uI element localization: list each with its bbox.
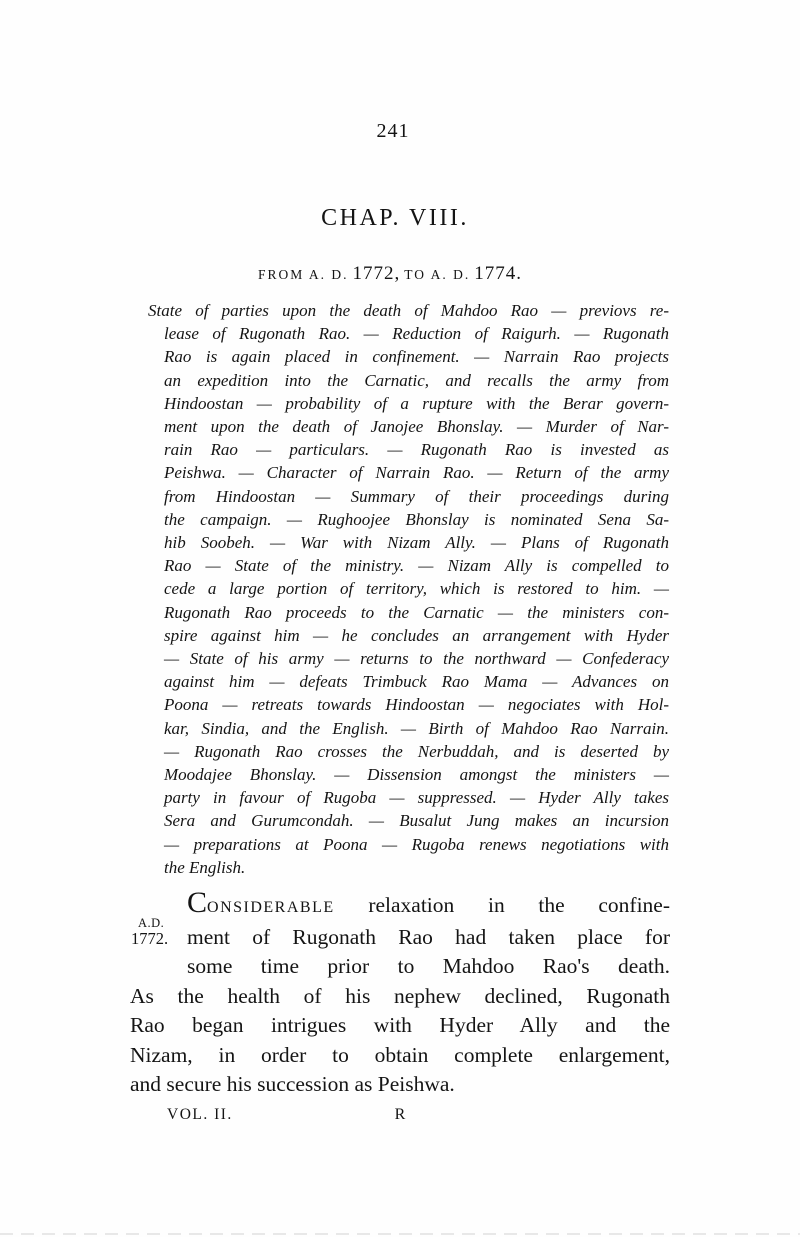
dateline-from-label: FROM A. D. xyxy=(258,267,349,282)
body-paragraph: CONSIDERABLE relaxation in the confine-m… xyxy=(130,888,670,1100)
volume-label: VOL. II. xyxy=(167,1106,233,1123)
dateline-to-label: TO A. D. xyxy=(404,267,470,282)
summary-line: the campaign. — Rughoojee Bhonslay is no… xyxy=(164,508,669,531)
summary-line: — preparations at Poona — Rugoba renews … xyxy=(164,833,669,856)
summary-line: Hindoostan — probability of a rupture wi… xyxy=(164,392,669,415)
summary-line: — Rugonath Rao crosses the Nerbuddah, an… xyxy=(164,740,669,763)
summary-line: Poona — retreats towards Hindoostan — ne… xyxy=(164,693,669,716)
summary-line: — State of his army — returns to the nor… xyxy=(164,647,669,670)
summary-line: ment upon the death of Janojee Bhonslay.… xyxy=(164,415,669,438)
body-line: CONSIDERABLE relaxation in the confine- xyxy=(187,888,670,923)
scan-edge-artifact xyxy=(0,1233,800,1235)
summary-line: against him — defeats Trimbuck Rao Mama … xyxy=(164,670,669,693)
body-line: Nizam, in order to obtain complete enlar… xyxy=(130,1041,670,1071)
summary-line: lease of Rugonath Rao. — Reduction of Ra… xyxy=(164,322,669,345)
summary-line: rain Rao — particulars. — Rugonath Rao i… xyxy=(164,438,669,461)
summary-line: Moodajee Bhonslay. — Dissension amongst … xyxy=(164,763,669,786)
summary-line: kar, Sindia, and the English. — Birth of… xyxy=(164,717,669,740)
chapter-dateline: FROM A. D. 1772, TO A. D. 1774. xyxy=(0,263,780,285)
summary-line: spire against him — he concludes an arra… xyxy=(164,624,669,647)
page-footer: VOL. II. R xyxy=(130,1106,670,1128)
signature-mark: R xyxy=(395,1106,406,1124)
book-page: 241 CHAP. VIII. FROM A. D. 1772, TO A. D… xyxy=(0,0,800,1237)
body-line: and secure his succession as Peishwa. xyxy=(130,1070,670,1100)
dateline-year-to: 1774. xyxy=(474,263,522,284)
body-line: ment of Rugonath Rao had taken place for xyxy=(187,923,670,953)
summary-line: hib Soobeh. — War with Nizam Ally. — Pla… xyxy=(164,531,669,554)
summary-line: Rugonath Rao proceeds to the Carnatic — … xyxy=(164,601,669,624)
lead-smallcaps-word: ONSIDERABLE xyxy=(207,899,335,916)
summary-line: State of parties upon the death of Mahdo… xyxy=(148,299,669,322)
summary-line: from Hindoostan — Summary of their proce… xyxy=(164,485,669,508)
body-line: Rao began intrigues with Hyder Ally and … xyxy=(130,1011,670,1041)
summary-line: Peishwa. — Character of Narrain Rao. — R… xyxy=(164,461,669,484)
summary-line: an expedition into the Carnatic, and rec… xyxy=(164,369,669,392)
summary-line: Rao is again placed in confinement. — Na… xyxy=(164,345,669,368)
chapter-summary: State of parties upon the death of Mahdo… xyxy=(148,299,669,879)
page-number: 241 xyxy=(0,120,786,143)
summary-line: the English. xyxy=(164,856,669,879)
summary-line: Sera and Gurumcondah. — Busalut Jung mak… xyxy=(164,809,669,832)
body-line: some time prior to Mahdoo Rao's death. xyxy=(187,952,670,982)
chapter-heading: CHAP. VIII. xyxy=(0,205,790,232)
summary-line: cede a large portion of territory, which… xyxy=(164,577,669,600)
body-line: As the health of his nephew declined, Ru… xyxy=(130,982,670,1012)
dateline-year-from: 1772, xyxy=(353,263,401,284)
summary-line: party in favour of Rugoba — suppressed. … xyxy=(164,786,669,809)
lead-initial-letter: C xyxy=(187,886,207,919)
summary-line: Rao — State of the ministry. — Nizam All… xyxy=(164,554,669,577)
